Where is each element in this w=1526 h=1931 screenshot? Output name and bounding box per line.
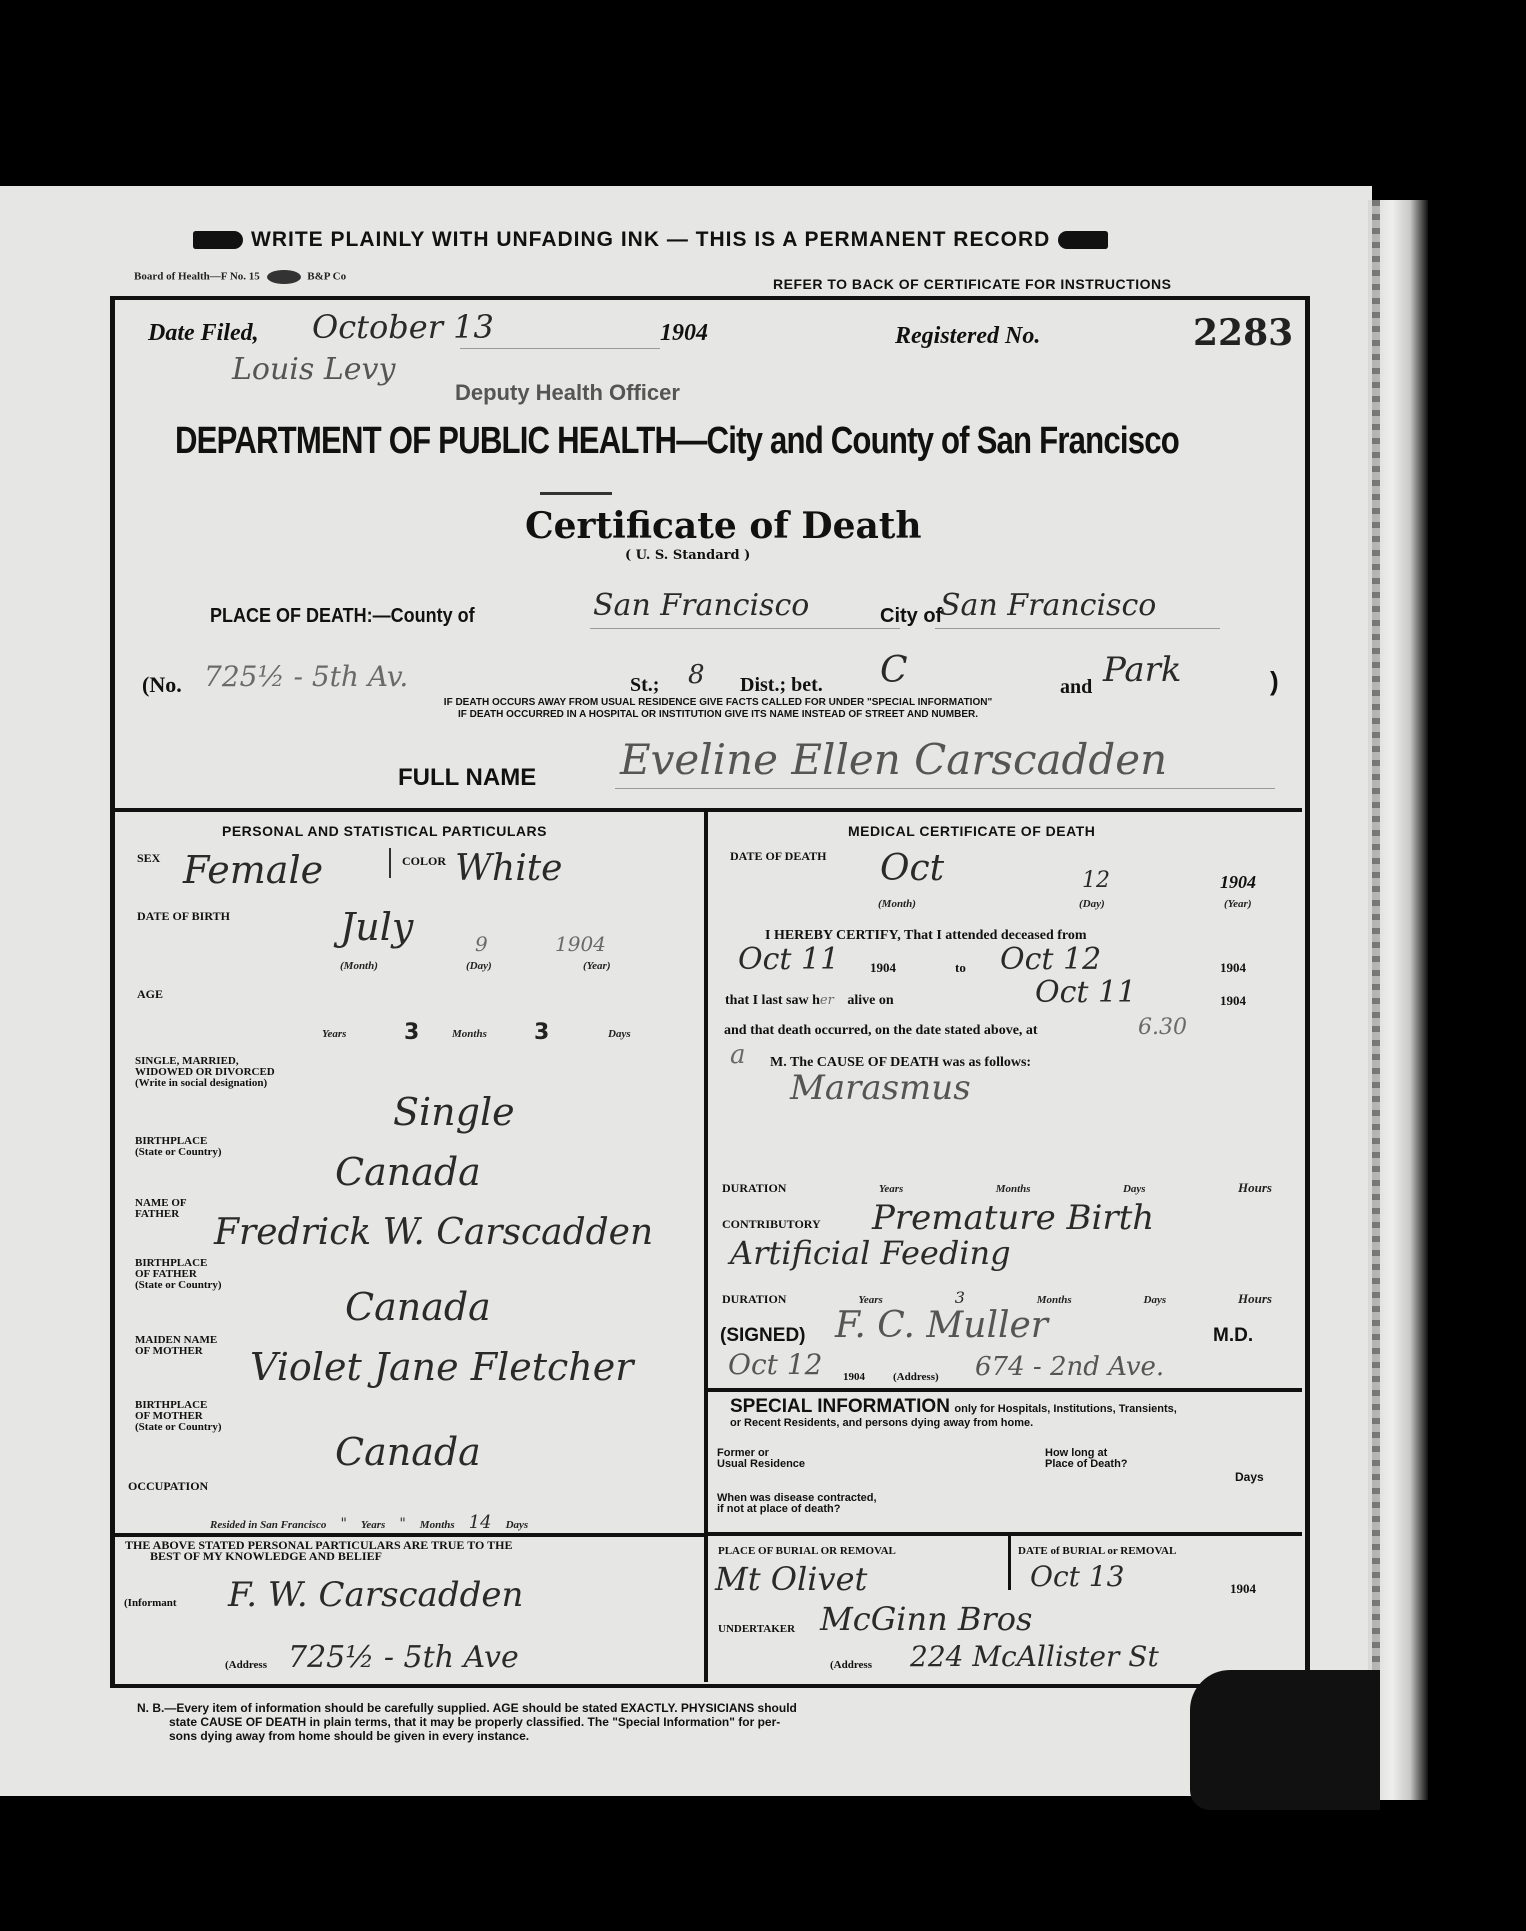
former-residence-label: Former or Usual Residence: [717, 1448, 805, 1470]
undertaker-address: 224 McAllister St: [910, 1640, 1159, 1673]
burial-date-label: DATE of BURIAL or REMOVAL: [1018, 1546, 1176, 1557]
father-birthplace-value: Canada: [345, 1285, 491, 1329]
full-name-value: Eveline Ellen Carscadden: [620, 735, 1167, 784]
death-year-caption: (Year): [1224, 898, 1252, 910]
age-label: AGE: [137, 988, 163, 1000]
street-no-value: 725½ - 5th Av.: [204, 660, 408, 693]
underline: [460, 348, 660, 349]
death-month-caption: (Month): [878, 898, 916, 910]
special-divider: [706, 1388, 1302, 1392]
signed-label: (SIGNED): [720, 1325, 806, 1347]
column-divider: [704, 810, 708, 1682]
mother-birthplace-value: Canada: [335, 1430, 481, 1474]
father-name-label: NAME OF FATHER: [135, 1198, 187, 1220]
undertaker-address-label: (Address: [830, 1660, 872, 1671]
informant-address-label: (Address: [225, 1660, 267, 1671]
informant-divider: [112, 1533, 706, 1537]
underline: [615, 788, 1275, 789]
age-months-caption: Months: [452, 1028, 487, 1040]
father-birthplace-label: BIRTHPLACE OF FATHER (State or Country): [135, 1258, 222, 1291]
mother-name-label: MAIDEN NAME OF MOTHER: [135, 1335, 217, 1357]
medical-section-title: MEDICAL CERTIFICATE OF DEATH: [848, 823, 1095, 839]
attended-to-year: 1904: [1220, 962, 1246, 973]
marital-label: SINGLE, MARRIED, WIDOWED OR DIVORCED (Wr…: [135, 1056, 275, 1089]
certificate-title: Certificate of Death: [525, 505, 922, 547]
burial-place-label: PLACE OF BURIAL OR REMOVAL: [718, 1546, 896, 1557]
attended-from-year: 1904: [870, 962, 896, 973]
signed-date: Oct 12: [728, 1348, 822, 1381]
contracted-label: When was disease contracted, if not at p…: [717, 1493, 877, 1515]
dob-year: 1904: [555, 932, 606, 956]
seal-icon: [267, 270, 301, 284]
dob-year-caption: (Year): [583, 960, 611, 972]
contributory-value-2: Artificial Feeding: [730, 1234, 1011, 1272]
marital-value: Single: [393, 1090, 515, 1134]
undertaker-label: UNDERTAKER: [718, 1624, 795, 1635]
father-name-value: Fredrick W. Carscadden: [214, 1212, 653, 1253]
physician-signature: F. C. Muller: [835, 1305, 1048, 1346]
last-saw-date: Oct 11: [1035, 975, 1136, 1010]
contributory-value-1: Premature Birth: [872, 1198, 1154, 1238]
date-filed-value: October 13: [312, 308, 494, 346]
underline: [935, 628, 1220, 629]
registered-number: 2283: [1193, 312, 1293, 354]
dob-day-caption: (Day): [466, 960, 492, 972]
full-name-label: FULL NAME: [398, 764, 536, 792]
dob-month: July: [340, 905, 413, 949]
footnote: N. B.—Every item of information should b…: [137, 1701, 1217, 1743]
age-days-value: 3: [534, 1020, 549, 1045]
dob-month-caption: (Month): [340, 960, 378, 972]
to-label: to: [955, 962, 966, 973]
department-title: DEPARTMENT OF PUBLIC HEALTH—City and Cou…: [175, 420, 1179, 463]
burial-column-divider: [1008, 1534, 1011, 1590]
title-divider: [540, 492, 612, 495]
registered-label: Registered No.: [895, 323, 1040, 350]
informant-name: F. W. Carscadden: [228, 1575, 523, 1615]
health-officer-signature: Louis Levy: [232, 352, 395, 387]
close-paren: ): [1270, 666, 1279, 697]
death-day: 12: [1082, 868, 1110, 893]
between-2-value: Park: [1103, 650, 1181, 690]
special-info-header: SPECIAL INFORMATION only for Hospitals, …: [730, 1396, 1290, 1429]
city-label: City of: [880, 605, 942, 628]
md-label: M.D.: [1213, 1325, 1253, 1347]
mother-birthplace-label: BIRTHPLACE OF MOTHER (State or Country): [135, 1400, 222, 1433]
last-saw-label: that I last saw her alive on: [725, 995, 894, 1006]
residence-duration: Resided in San Francisco " Years " Month…: [210, 1512, 700, 1533]
dob-label: DATE OF BIRTH: [137, 910, 230, 922]
place-of-death-label: PLACE OF DEATH:—County of: [210, 605, 475, 628]
age-months-value: 3: [404, 1020, 419, 1045]
informant-label: (Informant: [124, 1598, 177, 1609]
between-1-value: C: [880, 650, 908, 691]
birthplace-value: Canada: [335, 1150, 481, 1194]
burial-place-value: Mt Olivet: [715, 1560, 867, 1598]
certificate-standard: ( U. S. Standard ): [625, 548, 750, 563]
county-value: San Francisco: [593, 588, 809, 623]
age-years-caption: Years: [322, 1028, 346, 1040]
book-binding: [1372, 200, 1380, 1700]
attended-to: Oct 12: [1000, 942, 1101, 977]
page-shadow: [1190, 1670, 1380, 1810]
refer-note: REFER TO BACK OF CERTIFICATE FOR INSTRUC…: [773, 276, 1171, 292]
mother-name-value: Violet Jane Fletcher: [250, 1345, 633, 1389]
burial-date-year: 1904: [1230, 1583, 1256, 1594]
am-pm: a: [730, 1040, 746, 1070]
certify-text: I HEREBY CERTIFY, That I attended deceas…: [765, 930, 1087, 941]
occupation-label: OCCUPATION: [128, 1480, 208, 1492]
and-label: and: [1060, 676, 1092, 699]
personal-section-title: PERSONAL AND STATISTICAL PARTICULARS: [222, 823, 547, 839]
burial-date-value: Oct 13: [1030, 1560, 1124, 1593]
contributory-label: CONTRIBUTORY: [722, 1218, 821, 1230]
header-banner: WRITE PLAINLY WITH UNFADING INK — THIS I…: [185, 228, 1116, 252]
death-month: Oct: [880, 848, 944, 889]
color-value: White: [455, 848, 562, 889]
residence-note: IF DEATH OCCURS AWAY FROM USUAL RESIDENC…: [278, 697, 1158, 721]
death-year: 1904: [1220, 872, 1256, 893]
informant-statement: THE ABOVE STATED PERSONAL PARTICULARS AR…: [125, 1540, 512, 1562]
death-occurred-text: and that death occurred, on the date sta…: [724, 1025, 1038, 1036]
informant-address: 725½ - 5th Ave: [288, 1640, 519, 1675]
signed-year: 1904: [843, 1372, 865, 1383]
dist-label: Dist.; bet.: [740, 674, 823, 697]
attended-from: Oct 11: [738, 942, 839, 977]
birthplace-label: BIRTHPLACE (State or Country): [135, 1136, 222, 1158]
burial-divider: [706, 1532, 1302, 1536]
primary-duration-row: DURATION Years Months Days Hours: [722, 1180, 1272, 1196]
age-days-caption: Days: [608, 1028, 631, 1040]
st-label: St.;: [630, 674, 659, 697]
pointing-hand-icon: [193, 231, 243, 249]
cause-of-death-value: Marasmus: [790, 1068, 971, 1108]
undertaker-value: McGinn Bros: [820, 1600, 1032, 1638]
field-separator: [389, 848, 391, 878]
last-saw-year: 1904: [1220, 995, 1246, 1006]
city-value: San Francisco: [940, 588, 1156, 623]
form-number: Board of Health—F No. 15 B&P Co: [134, 270, 346, 284]
date-filed-label: Date Filed,: [148, 320, 259, 347]
street-no-label: (No.: [142, 672, 182, 698]
pointing-hand-icon: [1058, 231, 1108, 249]
sex-value: Female: [183, 848, 323, 892]
underline: [590, 628, 900, 629]
physician-address: 674 - 2nd Ave.: [975, 1352, 1164, 1382]
death-day-caption: (Day): [1079, 898, 1105, 910]
officer-title: Deputy Health Officer: [455, 380, 680, 406]
dob-day: 9: [475, 932, 488, 956]
color-label: COLOR: [402, 855, 446, 867]
date-filed-year: 1904: [660, 320, 708, 347]
physician-address-label: (Address): [893, 1372, 939, 1383]
how-long-label: How long at Place of Death?: [1045, 1448, 1128, 1470]
date-of-death-label: DATE OF DEATH: [730, 850, 826, 862]
ward-value: 8: [688, 660, 705, 690]
death-time: 6.30: [1138, 1015, 1187, 1040]
cause-of-death-text: M. The CAUSE OF DEATH was as follows:: [770, 1057, 1031, 1068]
how-long-days-label: Days: [1235, 1472, 1264, 1483]
sex-label: SEX: [137, 852, 160, 864]
